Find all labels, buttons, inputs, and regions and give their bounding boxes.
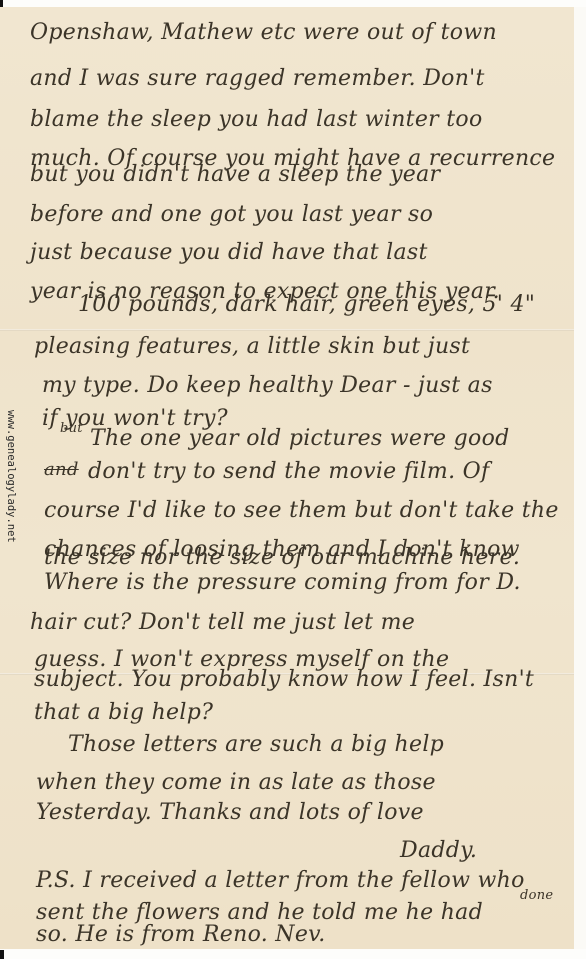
letter-line: pleasing features, a little skin but jus… [34,334,470,359]
letter-line: and I was sure ragged remember. Don't [30,66,485,91]
letter-line: The one year old pictures were good [90,426,510,451]
letter-line: don't try to send the movie film. Of [88,459,489,484]
letter-line: course I'd like to see them but don't ta… [44,498,559,523]
letter-line: Yesterday. Thanks and lots of love [36,800,424,825]
letter-line: the size nor the size of our machine her… [44,545,520,570]
struck-word: and [44,459,79,480]
postscript-line: so. He is from Reno. Nev. [36,922,326,947]
scan-border-right [574,7,586,949]
letter-line: 100 pounds, dark hair, green eyes, 5' 4" [78,292,535,317]
letter-line: Where is the pressure coming from for D. [44,570,521,595]
postscript-line: P.S. I received a letter from the fellow… [36,868,525,893]
inserted-word: done [520,888,553,903]
letter-line: Openshaw, Mathew etc were out of town [30,20,497,45]
inserted-word: but [60,421,83,436]
letter-line: my type. Do keep healthy Dear - just as [42,373,493,398]
signature: Daddy. [400,838,477,863]
scan-edge-mark [0,950,4,959]
letter-line: hair cut? Don't tell me just let me [30,610,415,635]
letter-line: that a big help? [34,700,213,725]
fold-crease [0,329,574,331]
letter-line: Those letters are such a big help [68,732,444,757]
letter-line: subject. You probably know how I feel. I… [34,667,534,692]
letter-line: just because you did have that last [30,240,428,265]
letter-line: but you didn't have a sleep the year [30,162,440,187]
letter-line: before and one got you last year so [30,202,433,227]
scan-border-top [0,0,586,7]
watermark: www.genealogylady.net [4,410,18,610]
letter-line: blame the sleep you had last winter too [30,107,482,132]
letter-line: when they come in as late as those [36,770,436,795]
scan-border-bottom [0,949,586,959]
